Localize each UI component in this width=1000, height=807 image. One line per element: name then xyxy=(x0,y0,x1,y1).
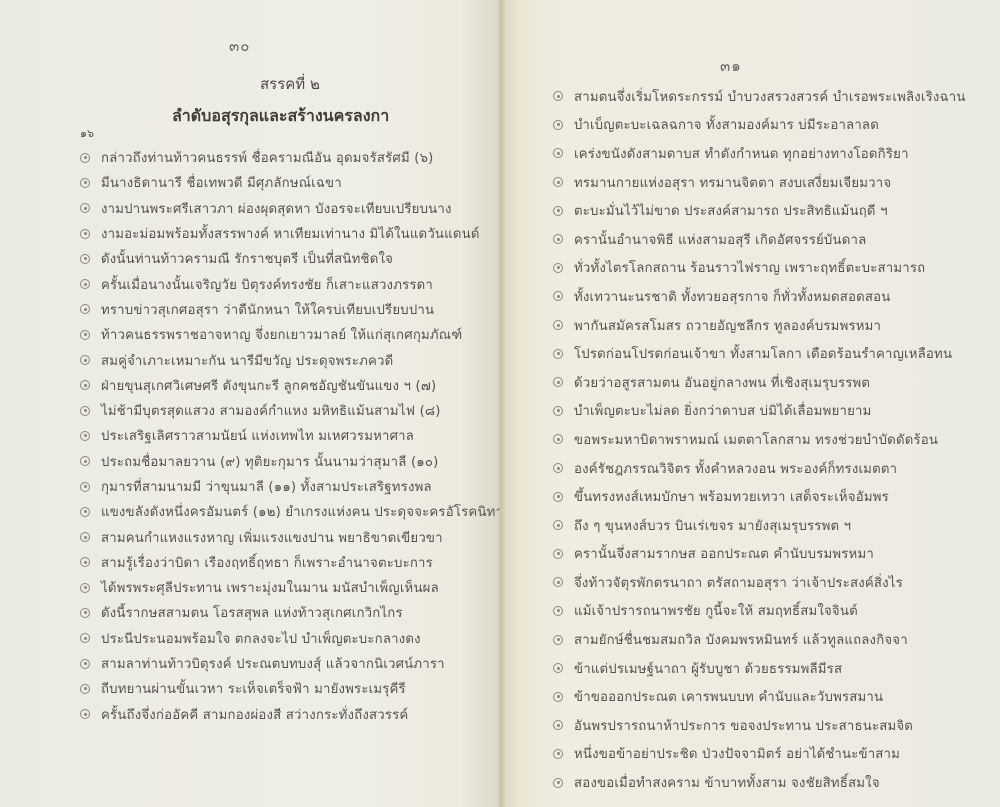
verse-line: ท้าวคนธรรพราชอาจหาญ จึ่งยกเยาวมาลย์ ให้แ… xyxy=(80,322,545,347)
verse-line: สองขอเมื่อทำสงคราม ข้าบาททั้งสาม จงชัยสิ… xyxy=(553,768,966,797)
verse-line: สามลาท่านท้าวบิตุรงค์ ประณตบทบงสุ์ แล้วจ… xyxy=(80,651,545,676)
bullet-icon xyxy=(80,431,90,441)
bullet-icon xyxy=(553,234,563,244)
verse-line: ตะบะมั่นไว้ไม่ขาด ประสงค์สามารถ ประสิทธิ… xyxy=(553,196,966,225)
bullet-icon xyxy=(553,91,563,101)
bullet-icon xyxy=(80,633,90,643)
verse-line: ด้วยว่าอสูรสามตน อันอยู่กลางพน ที่เชิงสุ… xyxy=(553,368,966,397)
bullet-icon xyxy=(553,606,563,616)
verse-line: กุมารที่สามนามมี ว่าขุนมาลี (๑๑) ทั้งสาม… xyxy=(80,474,545,499)
bullet-icon xyxy=(80,355,90,365)
right-page: ๓๑ สามตนจึ่งเริ่มโหดระกรรม์ บำบวงสรวงสวร… xyxy=(500,0,1000,807)
verse-line: ทราบข่าวสุเกศอสุรา ว่าดีนักหนา ให้ใครบ่เ… xyxy=(80,297,545,322)
bullet-icon xyxy=(553,349,563,359)
verse-line: ประถมชื่อมาลยวาน (๙) ทุติยะกุมาร นั้นนาม… xyxy=(80,449,545,474)
chapter-title: ลำดับอสุรกุลและสร้างนครลงกา xyxy=(172,104,389,129)
verse-line: จึ่งท้าวจัตุรพักตรนาถา ตรัสถามอสุรา ว่าเ… xyxy=(553,568,966,597)
verse-line: ไม่ช้ามีบุตรสุดแสวง สามองค์กำแหง มหิทธิแ… xyxy=(80,398,545,423)
bullet-icon xyxy=(80,254,90,264)
bullet-icon xyxy=(553,291,563,301)
open-book-spread: ๓๐ สรรคที่ ๒ ลำดับอสุรกุลและสร้างนครลงกา… xyxy=(0,0,1000,807)
verse-list: สามตนจึ่งเริ่มโหดระกรรม์ บำบวงสรวงสวรค์ … xyxy=(553,82,966,797)
bullet-icon xyxy=(80,583,90,593)
bullet-icon xyxy=(553,177,563,187)
bullet-icon xyxy=(553,463,563,473)
verse-marker: ๑๖ xyxy=(80,124,94,142)
verse-line: บำเพ็ญตะบะไม่ลด ยิ่งกว่าดาบส บ่มิได้เลื่… xyxy=(553,397,966,426)
verse-line: ฝ่ายขุนสุเกศวิเศษศรี ดังขุนกะรี ลูกคชอัญ… xyxy=(80,373,545,398)
verse-line: ครานั้นจึ่งสามรากษส ออกประณต คำนับบรมพรห… xyxy=(553,540,966,569)
bullet-icon xyxy=(80,279,90,289)
bullet-icon xyxy=(80,380,90,390)
verse-line: พากันสมัครสโมสร ถวายอัญชลีกร ทูลองค์บรมพ… xyxy=(553,311,966,340)
bullet-icon xyxy=(80,482,90,492)
bullet-icon xyxy=(553,692,563,702)
page-number: ๓๐ xyxy=(229,34,250,58)
verse-line: ขึ้นทรงหงส์เหมบักษา พร้อมทวยเทวา เสด็จระ… xyxy=(553,482,966,511)
bullet-icon xyxy=(553,148,563,158)
verse-line: ดังนี้รากษสสามตน โอรสสุพล แห่งท้าวสุเกศเ… xyxy=(80,600,545,625)
bullet-icon xyxy=(80,330,90,340)
verse-line: ทั้งเทวานะนรชาติ ทั้งทวยอสุรกาจ ก็ทั่วทั… xyxy=(553,282,966,311)
verse-line: ครั้นถึงจึ่งก่ออัคคี สามกองผ่องสี สว่างก… xyxy=(80,702,545,727)
bullet-icon xyxy=(80,532,90,542)
verse-line: เคร่งขนังดังสามดาบส ทำดังกำหนด ทุกอย่างท… xyxy=(553,139,966,168)
bullet-icon xyxy=(553,778,563,788)
verse-line: แม้เจ้าปรารถนาพรชัย กูนี้จะให้ สมฤทธิ์สม… xyxy=(553,597,966,626)
bullet-icon xyxy=(553,434,563,444)
verse-line: มีนางธิดานารี ชื่อเทพวดี มีศุภลักษณ์เฉขา xyxy=(80,170,545,195)
verse-line: ข้าขอออกประณต เคารพนบบท คำนับและวับพรสมา… xyxy=(553,682,966,711)
bullet-icon xyxy=(80,406,90,416)
verse-line: สามยักษ์ชื่นชมสมถวิล บังคมพรหมินทร์ แล้ว… xyxy=(553,625,966,654)
verse-line: ครั้นเมื่อนางนั้นเจริญวัย บิตุรงค์ทรงชัย… xyxy=(80,271,545,296)
verse-line: บำเบ็ญตะบะเฉลฉกาจ ทั้งสามองค์มาร บ่มีระอ… xyxy=(553,111,966,140)
page-number: ๓๑ xyxy=(720,54,742,78)
bullet-icon xyxy=(80,684,90,694)
verse-line: สามคนกำแหงแรงหาญ เพิ่มแรงแขงปาน พยาธิขาด… xyxy=(80,524,545,549)
book-gutter xyxy=(496,0,506,807)
verse-line: ข้าแต่ปรเมษฐ์นาถา ผู้รับบูชา ด้วยธรรมพลี… xyxy=(553,654,966,683)
bullet-icon xyxy=(80,557,90,567)
verse-line: ทั่วทั้งไตรโลกสถาน ร้อนราวไฟราญ เพราะฤทธ… xyxy=(553,254,966,283)
bullet-icon xyxy=(553,377,563,387)
verse-line: ขอพระมหาบิดาพราหมณ์ เมตตาโลกสาม ทรงช่วยบ… xyxy=(553,425,966,454)
bullet-icon xyxy=(80,709,90,719)
bullet-icon xyxy=(553,406,563,416)
bullet-icon xyxy=(553,663,563,673)
verse-line: ได้พรพระศุลีประทาน เพราะมุ่งมในมาน มนัสบ… xyxy=(80,575,545,600)
verse-line: องค์รัชฎภรรณวิจิตร ทั้งคำหลวงอน พระองค์ก… xyxy=(553,454,966,483)
verse-line: กล่าวถึงท่านท้าวคนธรรพ์ ชื่อครามณีอัน อุ… xyxy=(80,145,545,170)
bullet-icon xyxy=(553,577,563,587)
verse-line: ครานั้นอำนาจพิธี แห่งสามอสุรี เกิดอัศจรร… xyxy=(553,225,966,254)
verse-line: โปรดก่อนโปรดก่อนเจ้าขา ทั้งสามโลกา เดือด… xyxy=(553,339,966,368)
left-page: ๓๐ สรรคที่ ๒ ลำดับอสุรกุลและสร้างนครลงกา… xyxy=(0,0,500,807)
verse-line: แขงขลังดังหนึ่งครอัมนตร์ (๑๒) ยำเกรงแห่ง… xyxy=(80,499,545,524)
verse-list: กล่าวถึงท่านท้าวคนธรรพ์ ชื่อครามณีอัน อุ… xyxy=(80,145,545,727)
bullet-icon xyxy=(553,263,563,273)
bullet-icon xyxy=(80,304,90,314)
bullet-icon xyxy=(553,120,563,130)
bullet-icon xyxy=(553,749,563,759)
bullet-icon xyxy=(80,178,90,188)
bullet-icon xyxy=(553,492,563,502)
bullet-icon xyxy=(80,456,90,466)
verse-line: อันพรปรารถนาห้าประการ ขอจงประทาน ประสาธน… xyxy=(553,711,966,740)
bullet-icon xyxy=(80,153,90,163)
verse-line: ประเสริฐเลิศราวสามนัยน์ แห่งเทพไท มเหศวร… xyxy=(80,423,545,448)
bullet-icon xyxy=(553,320,563,330)
bullet-icon xyxy=(80,608,90,618)
bullet-icon xyxy=(80,659,90,669)
verse-line: สมคู่จำเภาะเหมาะกัน นารีมีขวัญ ประดุจพระ… xyxy=(80,347,545,372)
bullet-icon xyxy=(553,520,563,530)
section-heading: สรรคที่ ๒ xyxy=(260,72,320,96)
bullet-icon xyxy=(80,229,90,239)
verse-line: หนึ่งขอข้าอย่าประชิด ป่วงปัจจามิตร์ อย่า… xyxy=(553,740,966,769)
bullet-icon xyxy=(553,549,563,559)
verse-line: ประนีประนอมพร้อมใจ ตกลงจะไป บำเพ็ญตะบะกล… xyxy=(80,626,545,651)
bullet-icon xyxy=(80,203,90,213)
verse-line: สามตนจึ่งเริ่มโหดระกรรม์ บำบวงสรวงสวรค์ … xyxy=(553,82,966,111)
bullet-icon xyxy=(553,720,563,730)
verse-line: สามรู้เรื่องว่าบิดา เรืองฤทธิ์ฤทธา ก็เพร… xyxy=(80,550,545,575)
verse-line: ทรมานกายแห่งอสุรา ทรมานจิตตา สงบเสงี่ยมเ… xyxy=(553,168,966,197)
verse-line: งามอะม่อมพร้อมทั้งสรรพางค์ หาเทียมเท่านา… xyxy=(80,221,545,246)
bullet-icon xyxy=(80,507,90,517)
verse-line: ดังนั้นท่านท้าวครามณี รักราชบุตรี เป็นที… xyxy=(80,246,545,271)
verse-line: ถึง ๆ ขุนหงส์บวร บินเร่เขจร มายังสุเมรุบ… xyxy=(553,511,966,540)
bullet-icon xyxy=(553,635,563,645)
verse-line: งามปานพระศรีเสาวภา ผ่องผุดสุดหา บังอรจะเ… xyxy=(80,196,545,221)
bullet-icon xyxy=(553,206,563,216)
verse-line: ถีบทยานผ่านขั้นเวหา ระเห็จเตร็จฟ้า มายัง… xyxy=(80,676,545,701)
